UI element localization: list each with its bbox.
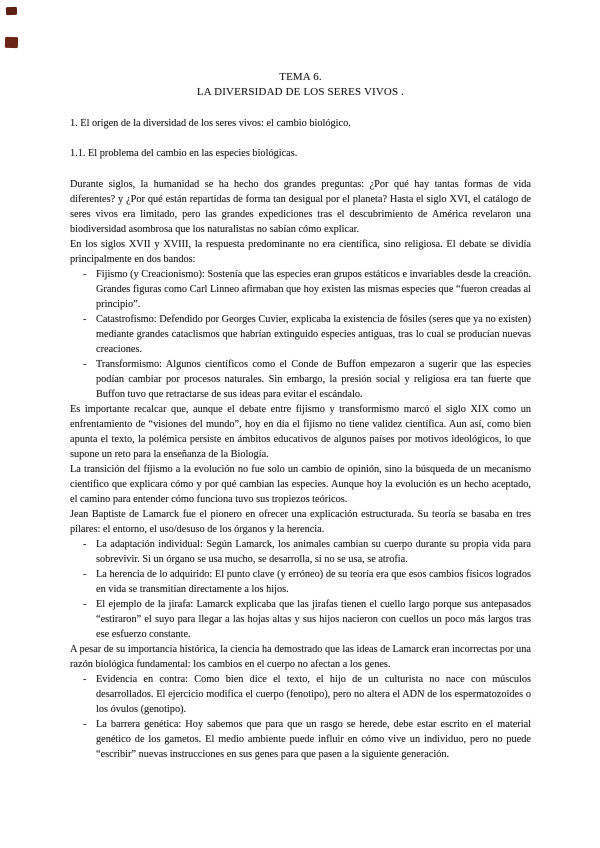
bullet-catastrofismo-text: Catastrofismo: Defendido por Georges Cuv… (96, 314, 531, 355)
document-title: TEMA 6. LA DIVERSIDAD DE LOS SERES VIVOS… (70, 70, 531, 100)
document-page: TEMA 6. LA DIVERSIDAD DE LOS SERES VIVOS… (0, 0, 600, 848)
bullet-dash-icon: - (83, 537, 86, 552)
bullet-ejemplo-jirafa: - El ejemplo de la jirafa: Lamarck expli… (70, 597, 531, 642)
bullet-adaptacion-individual-text: La adaptación individual: Según Lamarck,… (96, 539, 531, 565)
bullet-dash-icon: - (83, 267, 86, 282)
bullet-herencia-adquirido-text: La herencia de lo adquirido: El punto cl… (96, 569, 531, 595)
bullet-fijismo: - Fijismo (y Creacionismo): Sostenía que… (70, 267, 531, 312)
bullet-fijismo-text: Fijismo (y Creacionismo): Sostenía que l… (96, 269, 531, 310)
scan-artifact-mark-bottom (5, 37, 18, 48)
bullet-dash-icon: - (83, 717, 86, 732)
bullet-herencia-adquirido: - La herencia de lo adquirido: El punto … (70, 567, 531, 597)
title-line-2: LA DIVERSIDAD DE LOS SERES VIVOS . (70, 85, 531, 100)
para-lamarck-pionero: Jean Baptiste de Lamarck fue el pionero … (70, 507, 531, 537)
bullet-evidencia-contra-text: Evidencia en contra: Como bien dice el t… (96, 674, 531, 715)
bullet-transformismo: - Transformismo: Algunos científicos com… (70, 357, 531, 402)
bullet-adaptacion-individual: - La adaptación individual: Según Lamarc… (70, 537, 531, 567)
document-content: TEMA 6. LA DIVERSIDAD DE LOS SERES VIVOS… (70, 70, 531, 762)
para-preguntas-historicas: Durante siglos, la humanidad se ha hecho… (70, 177, 531, 237)
bullet-transformismo-text: Transformismo: Algunos científicos como … (96, 359, 531, 400)
scan-artifact-mark-top (6, 7, 17, 15)
bullet-ejemplo-jirafa-text: El ejemplo de la jirafa: Lamarck explica… (96, 599, 531, 640)
bullet-evidencia-contra: - Evidencia en contra: Como bien dice el… (70, 672, 531, 717)
bullet-dash-icon: - (83, 357, 86, 372)
para-ideas-incorrectas: A pesar de su importancia histórica, la … (70, 642, 531, 672)
para-transicion-evolucion: La transición del fijismo a la evolución… (70, 462, 531, 507)
heading-problema-cambio: 1.1. El problema del cambio en las espec… (70, 146, 531, 161)
bullet-dash-icon: - (83, 567, 86, 582)
bullet-dash-icon: - (83, 312, 86, 327)
para-validez-cientifica: Es importante recalcar que, aunque el de… (70, 402, 531, 462)
heading-origen-diversidad: 1. El origen de la diversidad de los ser… (70, 116, 531, 131)
bullet-barrera-genetica-text: La barrera genética: Hoy sabemos que par… (96, 719, 531, 760)
bullet-barrera-genetica: - La barrera genética: Hoy sabemos que p… (70, 717, 531, 762)
bullet-catastrofismo: - Catastrofismo: Defendido por Georges C… (70, 312, 531, 357)
bullet-dash-icon: - (83, 672, 86, 687)
para-debate-bandos: En los siglos XVII y XVIII, la respuesta… (70, 237, 531, 267)
bullet-dash-icon: - (83, 597, 86, 612)
title-line-1: TEMA 6. (70, 70, 531, 85)
